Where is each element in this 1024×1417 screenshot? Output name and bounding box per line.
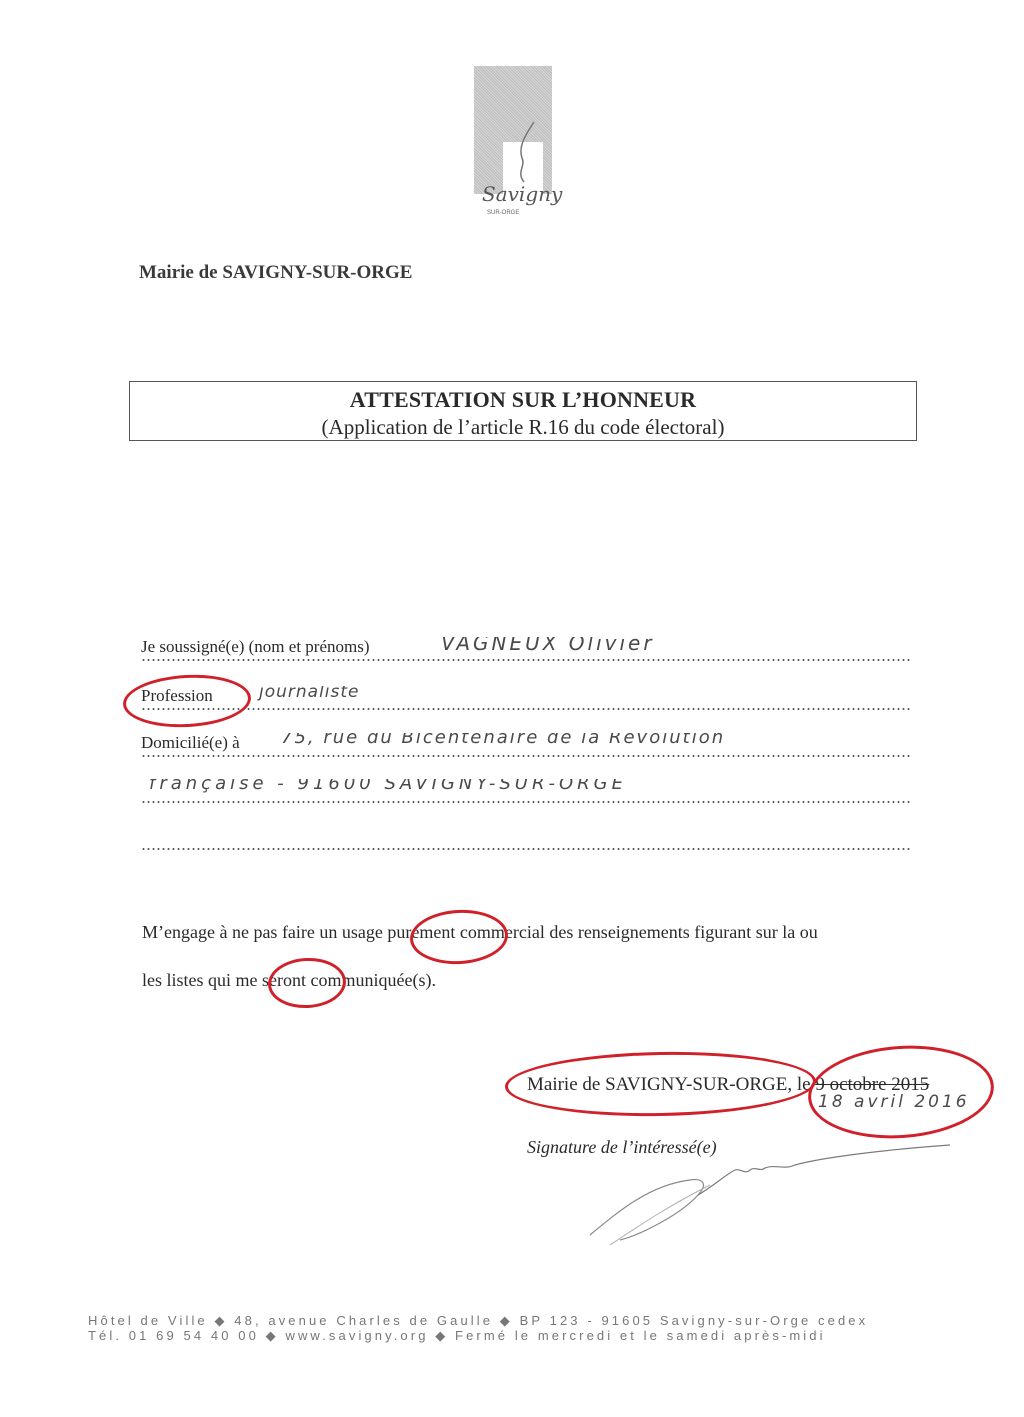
- name-label: Je soussigné(e) (nom et prénoms): [141, 637, 372, 656]
- profession-field[interactable]: Profession journaliste: [141, 686, 911, 716]
- dotted-line: [141, 848, 911, 850]
- dotted-line: [141, 659, 911, 661]
- title-box: ATTESTATION SUR L’HONNEUR (Application d…: [129, 381, 917, 441]
- annotation-ellipse-purement: [409, 907, 510, 966]
- dotted-line: [141, 801, 911, 803]
- address-field-line3[interactable]: [141, 826, 911, 856]
- dotted-line: [141, 708, 911, 710]
- name-field[interactable]: Je soussigné(e) (nom et prénoms) VAGNEUX…: [141, 637, 911, 667]
- name-value: VAGNEUX Olivier: [441, 637, 655, 655]
- commitment-text: les listes qui me: [142, 970, 262, 990]
- address-value-line2: française - 91600 SAVIGNY-SUR-ORGE: [149, 779, 627, 794]
- address-field-line1[interactable]: Domicilié(e) à 75, rue du Bicentenaire d…: [141, 733, 911, 763]
- dotted-line: [141, 755, 911, 757]
- footer-address: Hôtel de Ville ◆ 48, avenue Charles de G…: [88, 1313, 868, 1329]
- logo-sub-text: SUR-ORGE: [487, 210, 519, 216]
- commitment-text: commercial des renseignements figurant s…: [455, 922, 817, 942]
- annotation-ellipse-profession: [122, 672, 253, 731]
- logo-script-text: Savigny: [482, 182, 562, 206]
- address-value-line1: 75, rue du Bicentenaire de la Révolution: [281, 733, 725, 748]
- handwritten-signature-icon: [580, 1140, 960, 1250]
- annotation-ellipse-place: [504, 1049, 816, 1118]
- annotation-ellipse-seront: [267, 956, 348, 1010]
- commitment-text: M’engage à ne pas faire un usage: [142, 922, 387, 942]
- issuer-header: Mairie de SAVIGNY-SUR-ORGE: [139, 262, 412, 284]
- profession-value: journaliste: [259, 686, 360, 702]
- document-title: ATTESTATION SUR L’HONNEUR: [130, 387, 916, 413]
- annotation-ellipse-date: [805, 1040, 997, 1145]
- document-subtitle: (Application de l’article R.16 du code é…: [130, 415, 916, 440]
- address-label: Domicilié(e) à: [141, 733, 242, 752]
- footer-contact: Tél. 01 69 54 40 00 ◆ www.savigny.org ◆ …: [88, 1328, 826, 1344]
- address-field-line2[interactable]: française - 91600 SAVIGNY-SUR-ORGE: [141, 779, 911, 809]
